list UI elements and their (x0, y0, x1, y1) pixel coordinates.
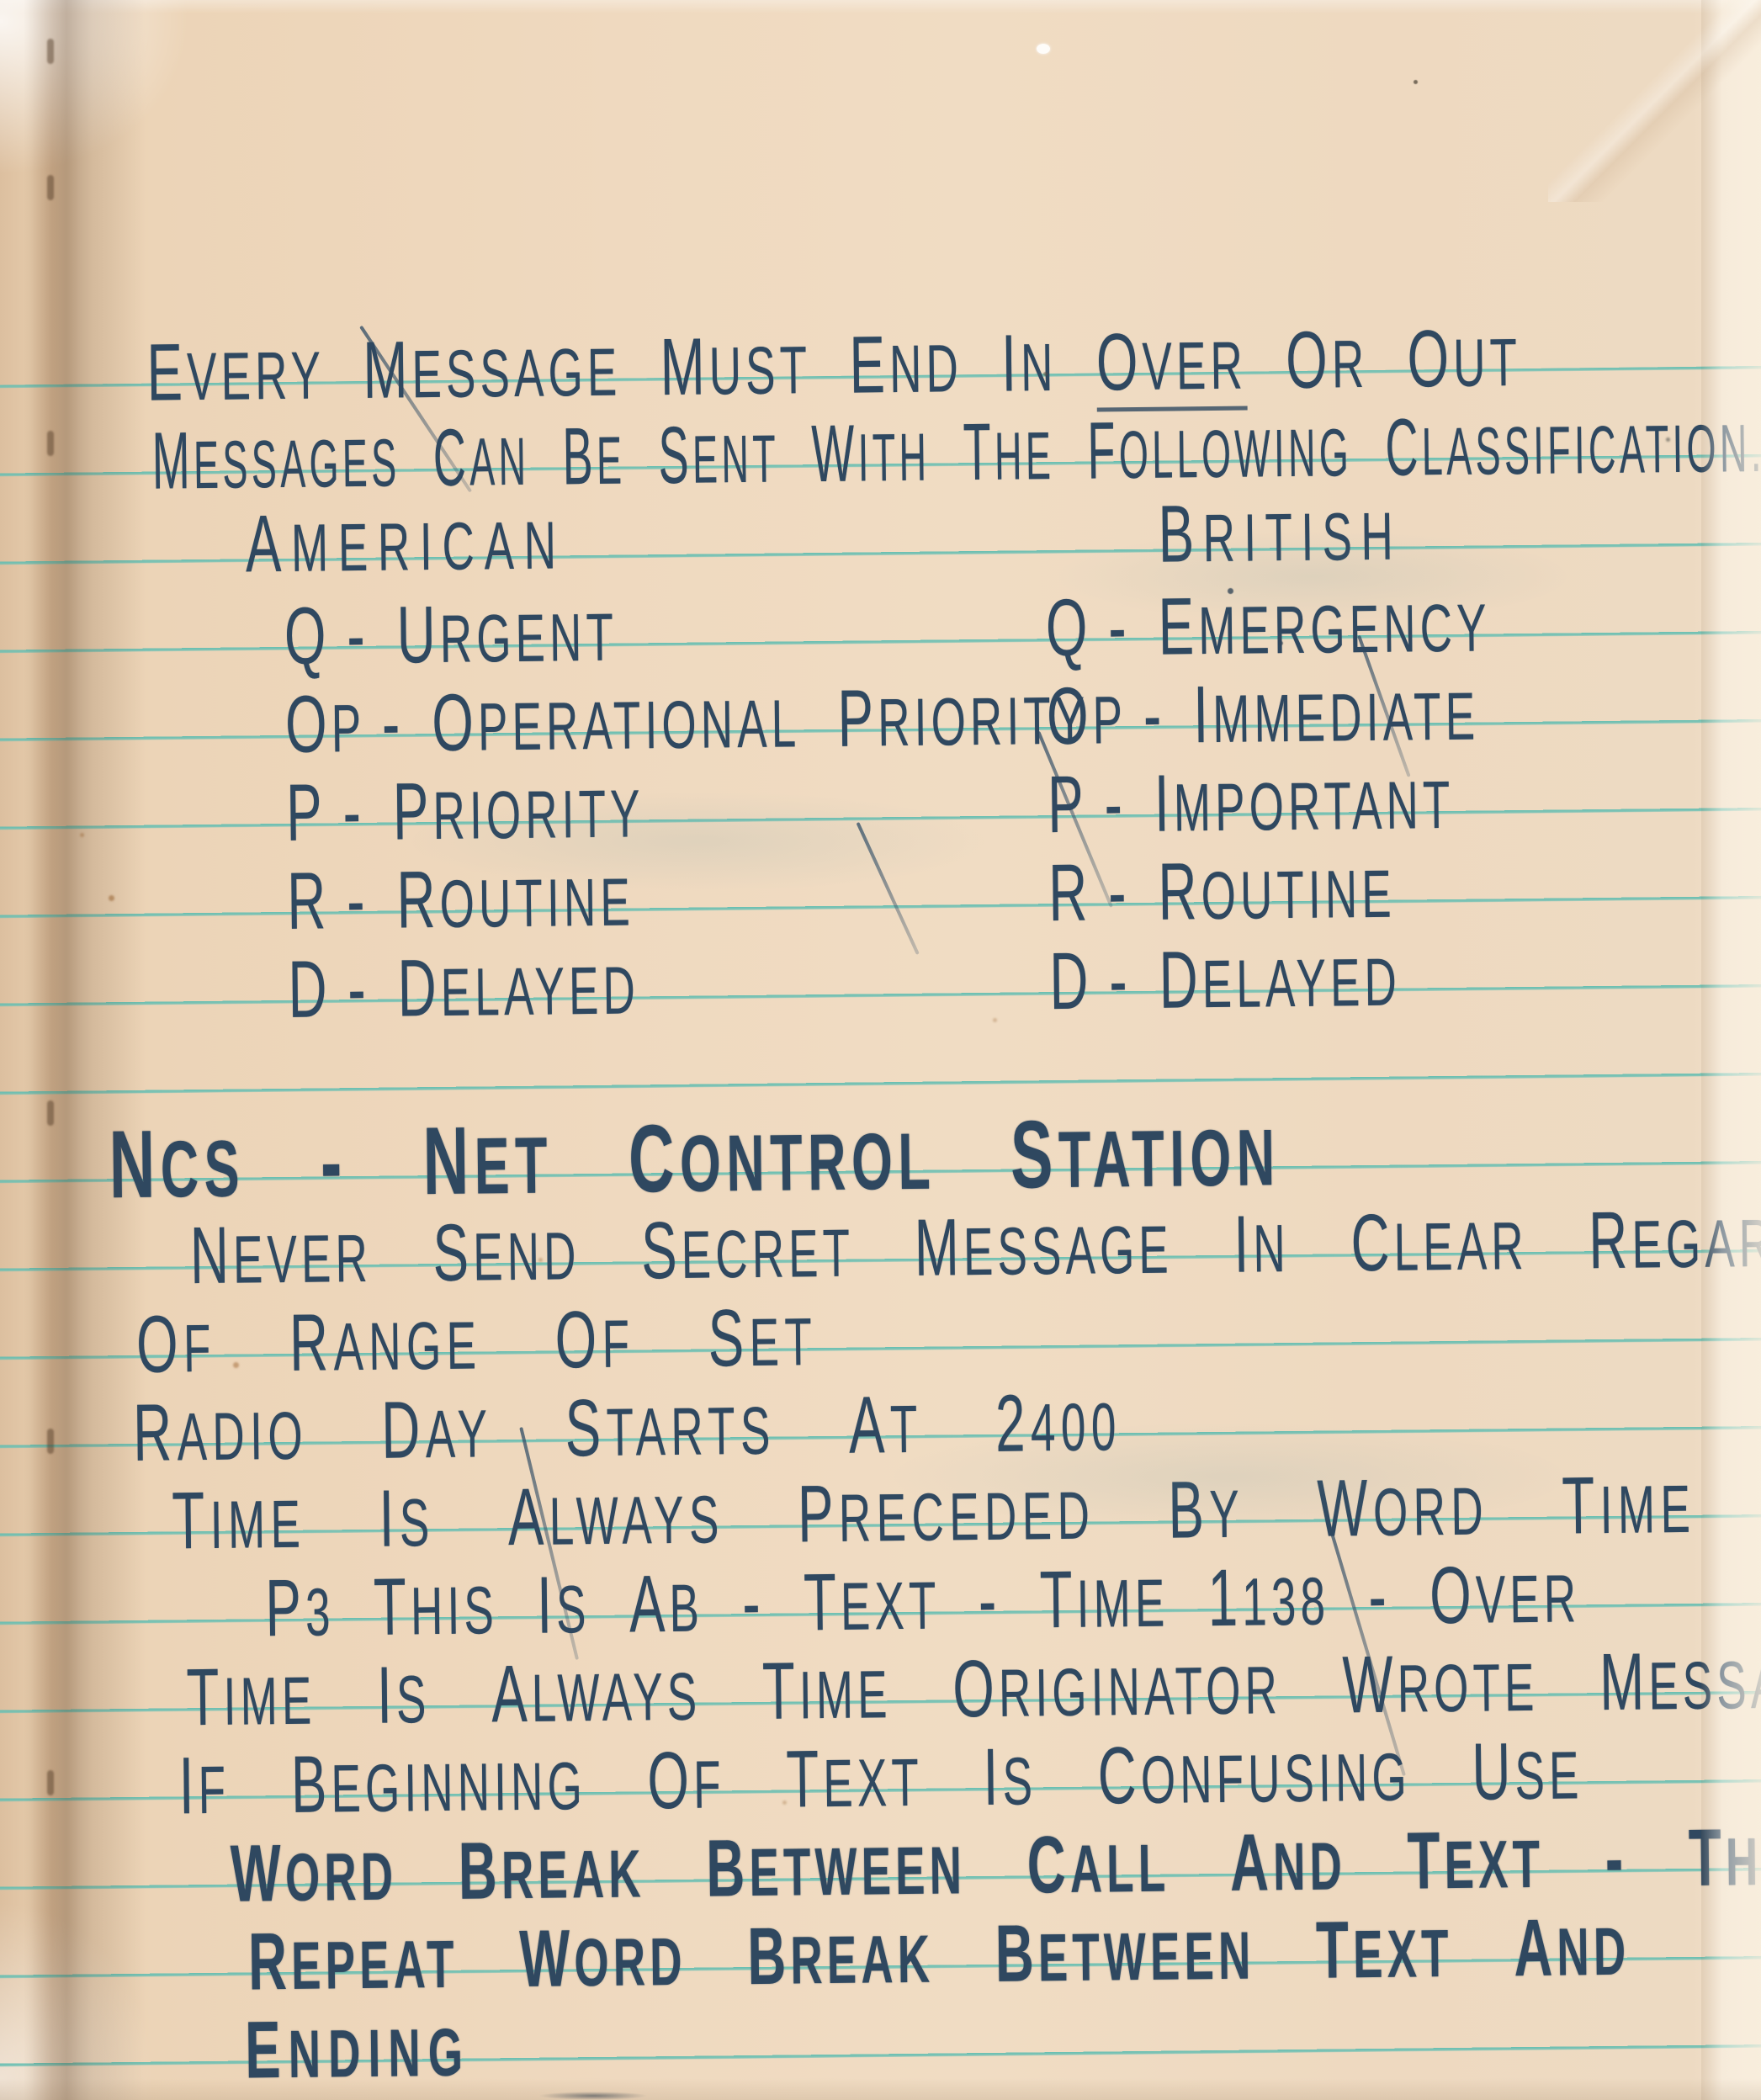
classification-row-american: P-PRIORITY (286, 769, 644, 854)
note-of-range-of-set: OF RANGE OF SET (136, 1297, 818, 1386)
note-radio-day: RADIO DAY STARTS AT 2400 (133, 1382, 1122, 1474)
classification-row-american: Q-URGENT (284, 593, 618, 677)
classification-row-american: OP-OPERATIONAL PRIORITY (285, 676, 1090, 766)
term: ROUTINE (396, 864, 634, 941)
dash: - (347, 602, 369, 677)
note-ncs: NCS - NET CONTROL STATION (109, 1105, 1281, 1213)
code: P (286, 779, 327, 855)
note-time-originator: TIME IS ALWAYS TIME ORIGINATOR WROTE MES… (186, 1640, 1761, 1738)
code: Q (284, 602, 332, 678)
term: DELAYED (1159, 945, 1401, 1022)
column-header-british: BRITISH (1158, 492, 1402, 575)
code: R (287, 867, 331, 943)
classification-row-british: OP-IMMEDIATE (1047, 672, 1480, 758)
classification-row-british: R-ROUTINE (1048, 850, 1396, 934)
dash: - (1104, 771, 1127, 846)
code: D (288, 956, 332, 1031)
note-text: OF RANGE OF SET (136, 1304, 818, 1387)
classification-row-british: Q-EMERGENCY (1045, 583, 1491, 669)
dash: - (1108, 859, 1131, 934)
british-header-text: BRITISH (1158, 499, 1402, 576)
term: PRIORITY (393, 776, 645, 853)
classification-row-british: P-IMPORTANT (1048, 761, 1455, 846)
american-header-text: AMERICAN (245, 507, 566, 586)
binding-stitch-mark (47, 1770, 54, 1795)
line1-prefix: EVERY MESSAGE MUST END IN (146, 330, 1058, 415)
binding-stitch-mark (47, 1429, 54, 1454)
line1-underlined-word: OVER (1096, 328, 1248, 412)
term: IMMEDIATE (1193, 679, 1480, 757)
note-time-preceded: TIME IS ALWAYS PRECEDED BY WORD TIME (172, 1465, 1696, 1562)
binding-stitch-mark (47, 39, 54, 64)
note-example-message: P3 THIS IS AB - TEXT - TIME 1138 - OVER (265, 1554, 1581, 1649)
note-if-beginning-confusing: IF BEGINNING OF TEXT IS CONFUSING USE (178, 1731, 1583, 1827)
dash: - (1109, 947, 1132, 1022)
note-text: RADIO DAY STARTS AT 2400 (133, 1389, 1122, 1475)
paper-chip (1037, 44, 1050, 54)
paper-specks (0, 0, 4, 4)
column-header-american: AMERICAN (245, 501, 566, 585)
classification-row-american: R-ROUTINE (287, 857, 634, 941)
dash: - (347, 867, 369, 942)
dash: - (347, 956, 370, 1031)
binding-stitch-mark (47, 1100, 54, 1126)
code: OP (1047, 682, 1127, 758)
code: Q (1046, 595, 1093, 671)
note-text: P3 THIS IS AB - TEXT - TIME 1138 - OVER (265, 1561, 1581, 1650)
handwritten-line-classifications: MESSAGES CAN BE SENT WITH THE FOLLOWING … (151, 404, 1761, 502)
binding-stitch-mark (47, 431, 54, 456)
note-text: IF BEGINNING OF TEXT IS CONFUSING USE (178, 1737, 1583, 1827)
note-word-break-call-text: WORD BREAK BETWEEN CALL AND TEXT - THEN (230, 1816, 1761, 1915)
note-ending: ENDING (245, 2008, 471, 2092)
term: ROUTINE (1158, 856, 1396, 934)
notebook-page: EVERY MESSAGE MUST END IN OVER OR OUT ME… (0, 0, 1761, 2100)
classification-row-american: D-DELAYED (288, 946, 639, 1031)
note-text: ENDING (245, 2015, 471, 2092)
binding-stitch-mark (47, 175, 54, 200)
page-content: EVERY MESSAGE MUST END IN OVER OR OUT ME… (0, 0, 1761, 2100)
line1-suffix: OR OUT (1286, 325, 1522, 402)
note-repeat-word-break: REPEAT WORD BREAK BETWEEN TEXT AND (248, 1907, 1631, 2003)
dash: - (1143, 682, 1166, 757)
code: R (1048, 860, 1092, 936)
dash: - (1108, 594, 1131, 669)
handwritten-line-every-message: EVERY MESSAGE MUST END IN OVER OR OUT (146, 318, 1521, 414)
term: IMPORTANT (1154, 767, 1455, 846)
note-text: REPEAT WORD BREAK BETWEEN TEXT AND (248, 1914, 1631, 2004)
term: EMERGENCY (1158, 590, 1491, 668)
term: URGENT (396, 600, 618, 677)
dash: - (382, 690, 405, 765)
code: OP (285, 691, 366, 766)
cutoff-ink-smudge (538, 2092, 648, 2100)
code: P (1048, 772, 1089, 847)
code: D (1049, 948, 1093, 1024)
term: DELAYED (397, 952, 639, 1030)
classification-row-british: D-DELAYED (1049, 938, 1401, 1023)
note-text: NCS - NET CONTROL STATION (109, 1113, 1281, 1215)
dash: - (342, 779, 365, 854)
term: OPERATIONAL PRIORITY (432, 683, 1090, 765)
